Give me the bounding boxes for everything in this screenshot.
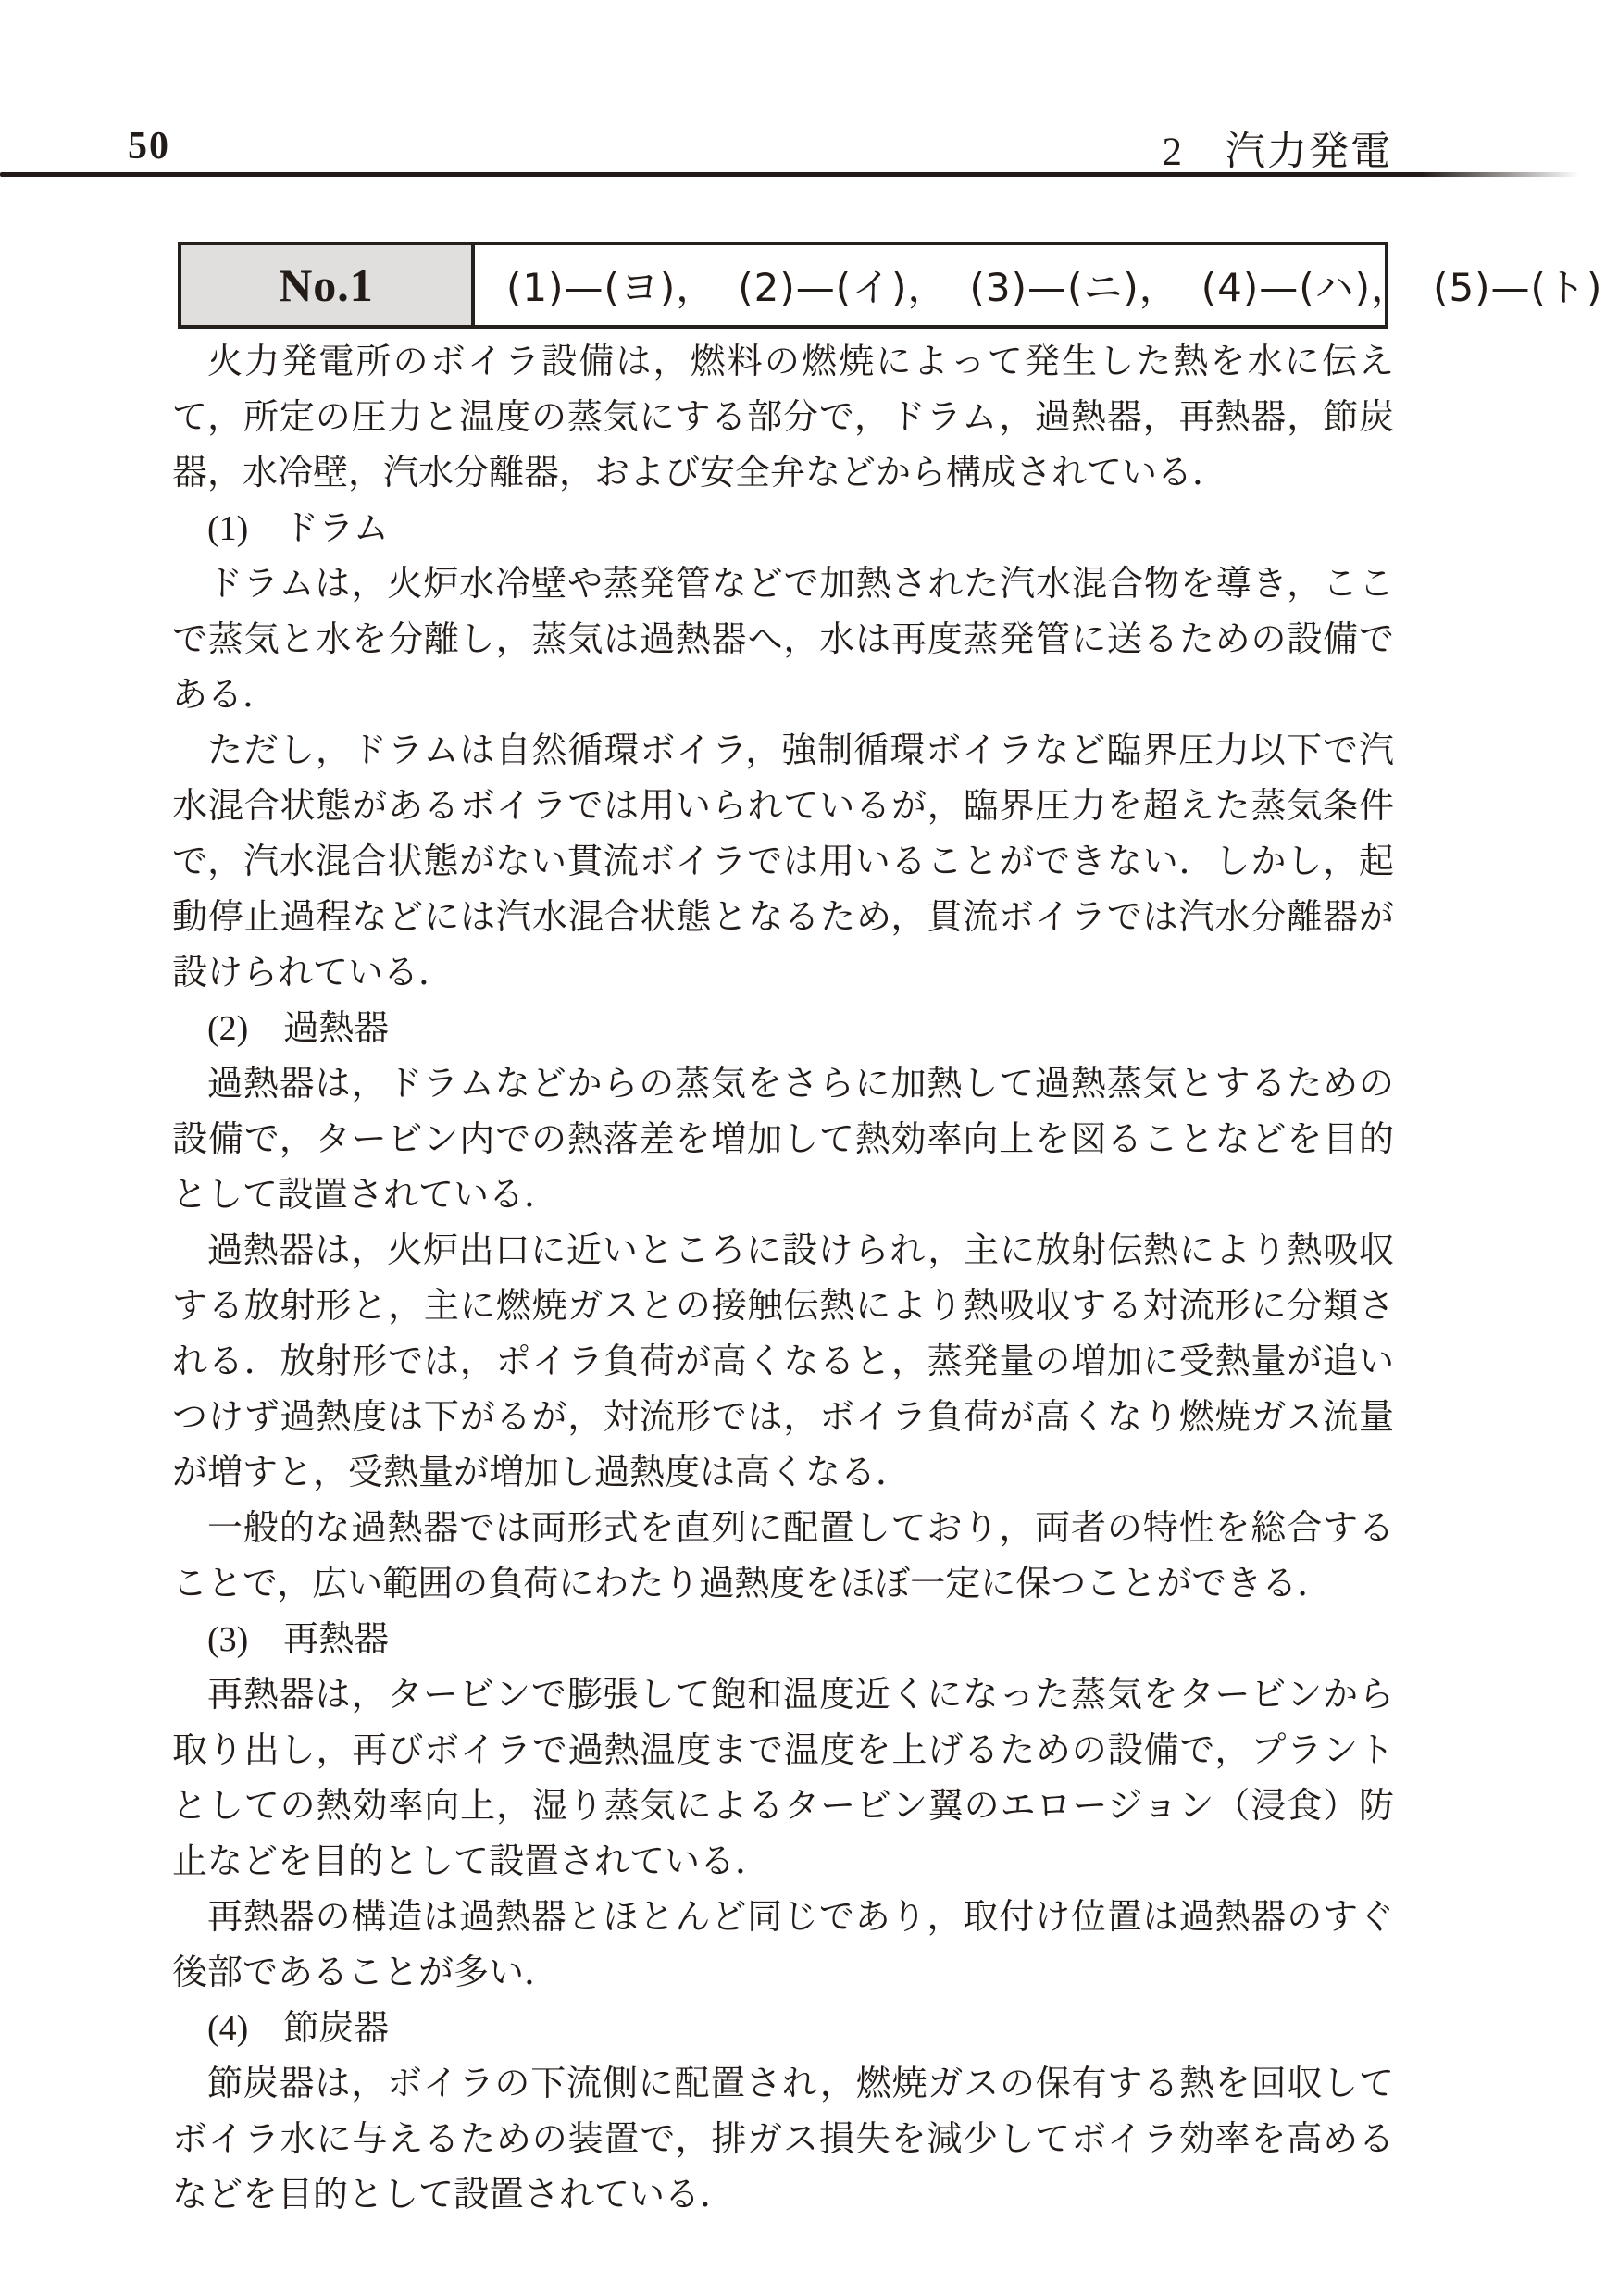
section-heading-2-superheater: (2) 過熱器 <box>172 1001 1394 1056</box>
paragraph-drum-2: ただし，ドラムは自然循環ボイラ，強制循環ボイラなど臨界圧力以下で汽水混合状態があ… <box>172 723 1394 1001</box>
paragraph-superheater-2: 過熱器は，火炉出口に近いところに設けられ，主に放射伝熱により熱吸収する放射形と，… <box>172 1223 1394 1501</box>
answer-pair-2: (2)—(イ)， <box>738 257 947 313</box>
section-heading-3-reheater: (3) 再熱器 <box>172 1612 1394 1667</box>
paragraph-superheater-3: 一般的な過熱器では両形式を直列に配置しており，両者の特性を総合することで，広い範… <box>172 1501 1394 1612</box>
answer-pair-4: (4)—(ハ)， <box>1201 257 1411 313</box>
answer-pair-5: (5)—(ト) <box>1433 257 1602 313</box>
chapter-heading: 2 汽力発電 <box>1163 120 1393 177</box>
answer-box-answers-cell: (1)—(ヨ)， (2)—(イ)， (3)—(ニ)， (4)—(ハ)， (5)—… <box>475 245 1602 325</box>
answer-pair-3: (3)—(ニ)， <box>970 257 1179 313</box>
textbook-page: { "page": { "number": "50", "chapter_hea… <box>0 0 1618 2296</box>
paragraph-superheater-1: 過熱器は，ドラムなどからの蒸気をさらに加熱して過熱蒸気とするための設備で，タービ… <box>172 1056 1394 1223</box>
section-heading-1-drum: (1) ドラム <box>172 501 1394 556</box>
section-heading-4-economizer: (4) 節炭器 <box>172 2001 1394 2056</box>
explanation-body: 火力発電所のボイラ設備は，燃料の燃焼によって発生した熱を水に伝えて，所定の圧力と… <box>172 334 1394 2223</box>
header-rule <box>0 172 1579 177</box>
paragraph-economizer-1: 節炭器は，ボイラの下流側に配置され，燃焼ガスの保有する熱を回収してボイラ水に与え… <box>172 2056 1394 2223</box>
answer-box: No.1 (1)—(ヨ)， (2)—(イ)， (3)—(ニ)， (4)—(ハ)，… <box>178 242 1388 329</box>
answer-pair-1: (1)—(ヨ)， <box>506 257 716 313</box>
paragraph-intro: 火力発電所のボイラ設備は，燃料の燃焼によって発生した熱を水に伝えて，所定の圧力と… <box>172 334 1394 501</box>
paragraph-drum-1: ドラムは，火炉水冷壁や蒸発管などで加熱された汽水混合物を導き，ここで蒸気と水を分… <box>172 556 1394 723</box>
page-number: 50 <box>128 124 170 168</box>
question-number-label: No.1 <box>279 258 374 312</box>
paragraph-reheater-1: 再熱器は，タービンで膨張して飽和温度近くになった蒸気をタービンから取り出し，再び… <box>172 1667 1394 1890</box>
paragraph-reheater-2: 再熱器の構造は過熱器とほとんど同じであり，取付け位置は過熱器のすぐ後部であること… <box>172 1890 1394 2001</box>
answer-box-number-cell: No.1 <box>181 245 475 325</box>
